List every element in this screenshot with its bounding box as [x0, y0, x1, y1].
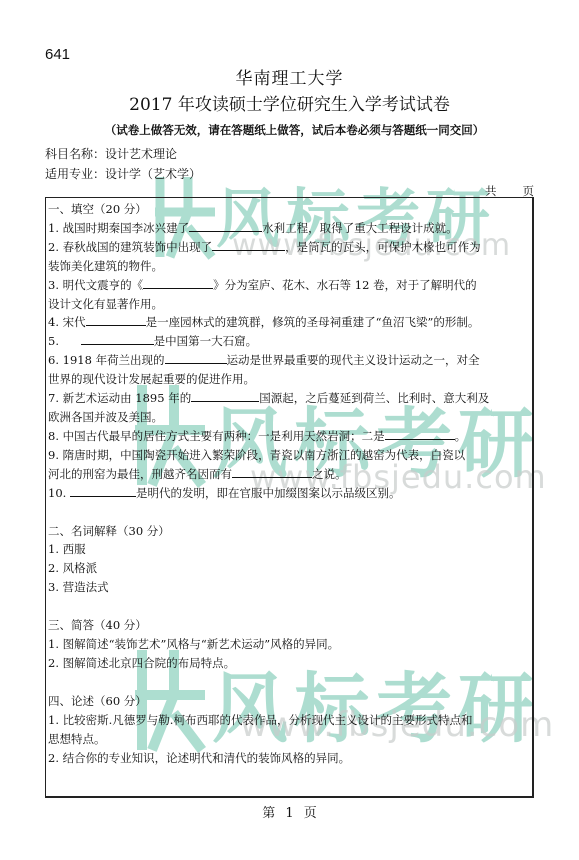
question-box: 一、填空（20 分） 1. 战国时期秦国李冰兴建了水利工程，取得了重大工程设计成… — [45, 197, 534, 798]
section-title: 四、论述（60 分） — [48, 692, 529, 711]
university-name: 华南理工大学 — [0, 64, 579, 89]
question-item: 6. 1918 年荷兰出现的运动是世界最重要的现代主义设计运动之一，对全 — [48, 351, 529, 370]
question-item: 3. 营造法式 — [48, 578, 529, 597]
question-item: 3. 明代文震亨的《》分为室庐、花木、水石等 12 卷，对于了解明代的 — [48, 276, 529, 295]
exam-notice: （试卷上做答无效，请在答题纸上做答，试后本卷必须与答题纸一同交回） — [0, 122, 579, 138]
total-pages-label: 共 — [485, 184, 497, 198]
answer-blank — [86, 313, 146, 326]
answer-blank — [191, 389, 259, 402]
section-title: 三、简答（40 分） — [48, 616, 529, 635]
question-item: 5. 是中国第一大石窟。 — [48, 332, 529, 351]
question-item: 2. 风格派 — [48, 559, 529, 578]
exam-page: 641 华南理工大学 2017 年攻读硕士学位研究生入学考试试卷 （试卷上做答无… — [0, 0, 579, 860]
answer-blank — [81, 332, 154, 345]
applicable-major: 适用专业：设计学（艺术学） — [45, 165, 201, 182]
question-continuation: 设计文化有显著作用。 — [48, 295, 529, 314]
question-item: 10. 是明代的发明，即在官服中加缀图案以示品级区别。 — [48, 484, 529, 503]
question-item: 9. 隋唐时期，中国陶瓷开始进入繁荣阶段，青瓷以南方浙江的越窑为代表，白瓷以 — [48, 446, 529, 465]
question-continuation: 欧洲各国并波及美国。 — [48, 408, 529, 427]
answer-blank — [143, 276, 213, 289]
question-item: 1. 战国时期秦国李冰兴建了水利工程，取得了重大工程设计成就。 — [48, 219, 529, 238]
page-number: 第 1 页 — [0, 802, 579, 821]
question-continuation: 世界的现代设计发展起重要的促进作用。 — [48, 370, 529, 389]
exam-code: 641 — [45, 46, 70, 63]
question-item: 2. 图解简述北京四合院的布局特点。 — [48, 654, 529, 673]
subject-name: 科目名称：设计艺术理论 — [45, 145, 177, 162]
answer-blank — [385, 427, 455, 440]
question-item: 1. 西服 — [48, 540, 529, 559]
question-continuation: 装饰美化建筑的物件。 — [48, 257, 529, 276]
question-item: 7. 新艺术运动由 1895 年的国源起，之后蔓延到荷兰、比利时、意大利及 — [48, 389, 529, 408]
answer-blank — [189, 219, 262, 232]
question-continuation: 河北的刑窑为最佳，刑越齐名因而有之说。 — [48, 465, 529, 484]
answer-blank — [70, 484, 136, 497]
answer-blank — [212, 238, 285, 251]
answer-blank — [165, 351, 227, 364]
exam-title: 2017 年攻读硕士学位研究生入学考试试卷 — [0, 90, 579, 115]
question-item: 8. 中国古代最早的居住方式主要有两种：一是利用天然岩洞；二是。 — [48, 427, 529, 446]
question-item: 1. 图解简述“装饰艺术”风格与“新艺术运动”风格的异同。 — [48, 635, 529, 654]
question-item: 4. 宋代是一座园林式的建筑群，修筑的圣母祠重建了“鱼沼飞梁”的形制。 — [48, 313, 529, 332]
section-title: 一、填空（20 分） — [48, 200, 529, 219]
question-item: 2. 结合你的专业知识，论述明代和清代的装饰风格的异同。 — [48, 749, 529, 768]
question-continuation: 思想特点。 — [48, 730, 529, 749]
question-item: 2. 春秋战国的建筑装饰中出现了，是筒瓦的瓦头，可保护木椽也可作为 — [48, 238, 529, 257]
question-item: 1. 比较密斯.凡德罗与勒.柯布西耶的代表作品，分析现代主义设计的主要形式特点和 — [48, 711, 529, 730]
answer-blank — [232, 465, 312, 478]
total-pages-suffix: 页 — [523, 184, 535, 198]
section-title: 二、名词解释（30 分） — [48, 522, 529, 541]
